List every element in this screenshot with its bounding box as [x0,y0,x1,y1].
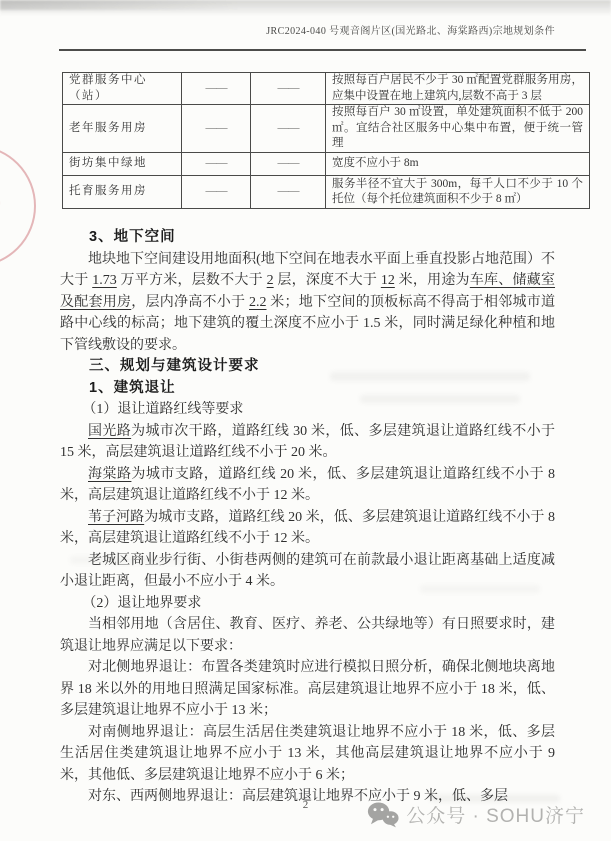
item-road-redline-requirements: （1）退让道路红线等要求 [60,399,555,421]
para-road-haitang: 海棠路为城市支路，道路红线 20 米，低、多层建筑退让道路红线不小于 8 米，高… [60,464,555,507]
facility-desc-cell: 宽度不应小于 8m [326,153,590,176]
dash-cell: —— [251,105,326,153]
red-seal-stamp [0,145,36,267]
text-run: ，层内净高不小于 [131,295,249,310]
para-road-guoguang: 国光路为城市次干路，道路红线 30 米，低、多层建筑退让道路红线不小于 15 米… [60,421,555,464]
document-header-title: JRC2024-040 号观音阁片区(国光路北、海棠路西)宗地规划条件 [266,22,555,37]
table-row: 街坊集中绿地 —— —— 宽度不应小于 8m [63,153,590,176]
text-run: 万平方米，层数不大于 [117,273,267,288]
underlined-road-name: 苇子河路 [88,510,144,525]
underlined-value: 12 [381,273,395,288]
para-old-town: 老城区商业步行街、小街巷两侧的建筑可在前款最小退让距离基础上适度减小退让距离，但… [60,550,555,593]
facility-desc-cell: 服务半径不宜大于 300m，每千人口不少于 10 个托位（每个托位建筑面积不少于… [326,176,590,209]
facility-desc-cell: 按照每百户居民不少于 30 ㎡配置党群服务用房，应集中设置在地上建筑内,层数不高… [326,73,590,105]
facility-desc-cell: 按照每百户 30 ㎡设置，单处建筑面积不低于 200 ㎡。宜结合社区服务中心集中… [326,105,590,153]
wechat-icon [367,801,399,828]
dash-cell: —— [182,73,251,105]
underlined-road-name: 海棠路 [88,467,131,482]
facility-name-cell: 托育服务用房 [63,176,182,209]
facility-name-cell: 党群服务中心 （站） [63,73,182,105]
dash-cell: —— [182,153,251,176]
dash-cell: —— [251,73,326,105]
heading-underground-space: 3、地下空间 [60,227,555,249]
para-north-boundary: 对北侧地界退让：布置各类建筑时应进行模拟日照分析，确保北侧地块离地界 18 米以… [60,657,555,722]
heading-building-setback: 1、建筑退让 [60,378,555,400]
underlined-road-name: 国光路 [88,424,131,439]
facility-name-cell: 老年服务用房 [63,105,182,153]
table-row: 老年服务用房 —— —— 按照每百户 30 ㎡设置，单处建筑面积不低于 200 … [63,105,590,153]
heading-planning-design-requirements: 三、规划与建筑设计要求 [60,356,555,378]
text-run: 层，深度不大于 [274,273,381,288]
watermark-text: 公众号 · SOHU济宁 [406,801,585,828]
header-divider-line [59,49,586,51]
para-underground-space: 地块地下空间建设用地面积(地下空间在地表水平面上垂直投影占地范围）不大于 1.7… [60,249,555,357]
dash-cell: —— [182,176,251,209]
underlined-value: 1.73 [92,273,117,288]
dash-cell: —— [182,105,251,153]
para-south-boundary: 对南侧地界退让：高层生活居住类建筑退让地界不应小于 18 米，低、多层生活居住类… [60,722,555,787]
underlined-value: 2.2 [249,295,267,310]
scan-edge-shadow [0,0,611,16]
watermark: 公众号 · SOHU济宁 [367,801,585,828]
para-road-weizihe: 苇子河路为城市支路，道路红线 20 米，低、多层建筑退让道路红线不小于 8 米，… [60,507,555,550]
table-row: 托育服务用房 —— —— 服务半径不宜大于 300m，每千人口不少于 10 个托… [63,176,590,209]
dash-cell: —— [251,153,326,176]
underlined-value: 2 [267,273,274,288]
facility-name-cell: 街坊集中绿地 [63,153,182,176]
text-run: 米，用途为 [395,273,470,288]
text-run: 为城市支路，道路红线 20 米，低、多层建筑退让道路红线不小于 8 米，高层建筑… [60,467,555,504]
document-body: 3、地下空间 地块地下空间建设用地面积(地下空间在地表水平面上垂直投影占地范围）… [60,227,555,808]
document-page: JRC2024-040 号观音阁片区(国光路北、海棠路西)宗地规划条件 党群服务… [0,0,611,841]
para-adjacent-land: 当相邻用地（含居住、教育、医疗、养老、公共绿地等）有日照要求时，建筑退让地界应满… [60,614,555,657]
service-facilities-table: 党群服务中心 （站） —— —— 按照每百户居民不少于 30 ㎡配置党群服务用房… [62,72,590,209]
table-row: 党群服务中心 （站） —— —— 按照每百户居民不少于 30 ㎡配置党群服务用房… [63,73,590,105]
dash-cell: —— [251,176,326,209]
text-run: 为城市次干路，道路红线 30 米，低、多层建筑退让道路红线不小于 15 米，高层… [60,424,555,461]
item-boundary-setback-requirements: （2）退让地界要求 [60,593,555,615]
